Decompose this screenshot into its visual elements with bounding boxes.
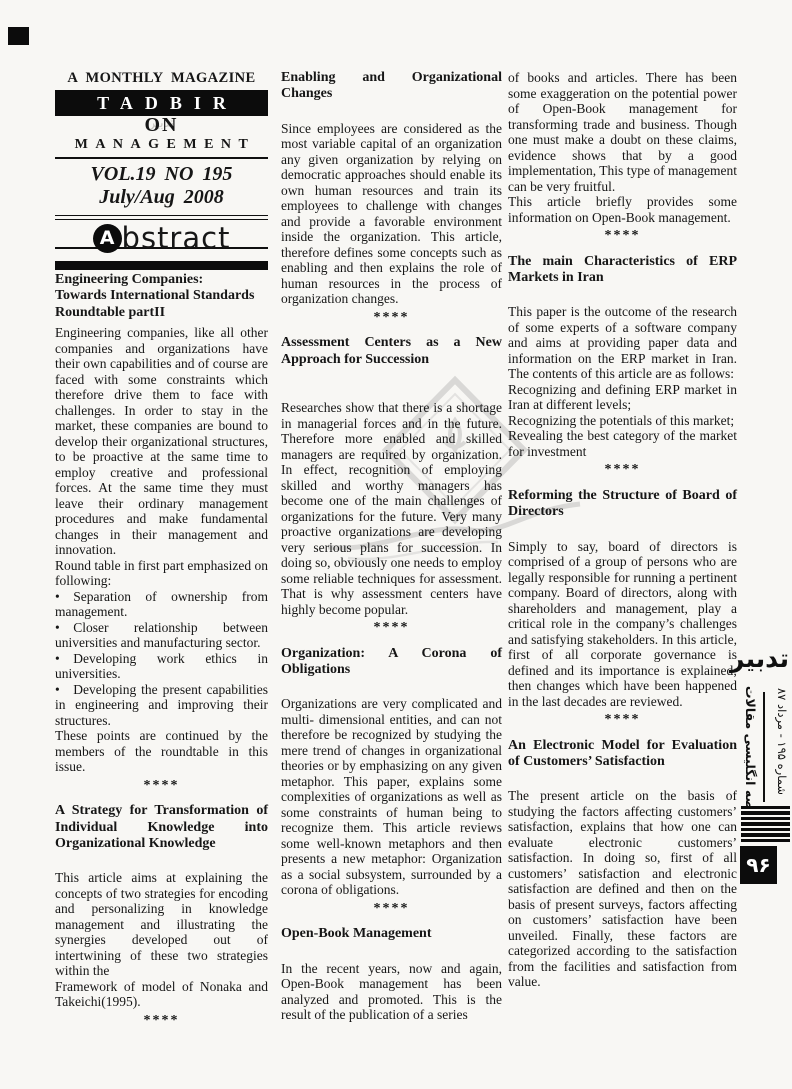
- section-separator: ****: [508, 228, 737, 244]
- page-number-box: ۹۶: [740, 846, 777, 884]
- barcode: [741, 806, 790, 844]
- masthead-black-bar: [55, 261, 268, 270]
- magazine-masthead: A MONTHLY MAGAZINE TADBIR تدبير ON MANAG…: [55, 70, 268, 270]
- issue-date: July/Aug 2008: [55, 186, 268, 209]
- tadbir-farsi-logo: تدبير: [730, 644, 789, 673]
- issue-number-vertical-text: شماره ۱۹۵ - مرداد ۸۷: [775, 688, 789, 795]
- article-heading: Engineering Companies: Towards Internati…: [55, 272, 268, 321]
- registration-mark: [8, 27, 29, 45]
- masthead-subtitle: MANAGEMENT: [55, 137, 268, 153]
- abstract-rule-top: [55, 215, 268, 216]
- magazine-title: TADBIR: [55, 90, 268, 116]
- volume-number: VOL.19 NO 195: [55, 163, 268, 186]
- article-paragraph: Framework of model of Nonaka and Takeich…: [55, 979, 268, 1010]
- spacer: [281, 947, 502, 961]
- abstract-rule-top2: [55, 219, 268, 220]
- article-paragraph: Since employees are considered as the mo…: [281, 121, 502, 307]
- article-paragraph: Recognizing the potentials of this marke…: [508, 413, 737, 429]
- article-paragraph: Revealing the best category of the marke…: [508, 428, 737, 459]
- spacer: [281, 372, 502, 400]
- bullet-item: • Developing work ethics in universities…: [55, 651, 268, 682]
- abstracts-column-left: Engineering Companies: Towards Internati…: [55, 272, 268, 1030]
- masthead-on-word: ON: [145, 114, 179, 136]
- article-paragraph: This paper is the outcome of the researc…: [508, 304, 737, 382]
- section-separator: ****: [508, 712, 737, 728]
- article-heading: Reforming the Structure of Board of Dire…: [508, 488, 737, 521]
- abstracts-column-right: of books and articles. There has been so…: [508, 70, 737, 990]
- article-heading: Open-Book Management: [281, 926, 502, 942]
- article-paragraph: These points are continued by the member…: [55, 728, 268, 775]
- article-heading: The main Characteristics of ERP Markets …: [508, 254, 737, 287]
- article-paragraph: This article briefly provides some infor…: [508, 194, 737, 225]
- spacer: [281, 107, 502, 121]
- article-paragraph: Organizations are very complicated and m…: [281, 696, 502, 898]
- abstracts-column-middle: Enabling and Organizational ChangesSince…: [281, 70, 502, 1023]
- masthead-tagline: A MONTHLY MAGAZINE: [55, 70, 268, 87]
- spacer: [508, 525, 737, 539]
- bullet-item: • Separation of ownership from managemen…: [55, 589, 268, 620]
- article-paragraph: Researches show that there is a shortage…: [281, 400, 502, 617]
- article-paragraph: In the recent years, now and again, Open…: [281, 961, 502, 1023]
- article-paragraph: Simply to say, board of directors is com…: [508, 539, 737, 710]
- masthead-on-row: تدبير ON: [55, 114, 268, 136]
- article-heading: An Electronic Model for Evaluation of Cu…: [508, 738, 737, 771]
- section-separator: ****: [281, 620, 502, 636]
- abstract-wordmark: bstract: [122, 221, 231, 255]
- sidebar-divider-line: [763, 692, 765, 802]
- bullet-item: • Closer relationship between universiti…: [55, 620, 268, 651]
- article-paragraph: Engineering companies, like all other co…: [55, 325, 268, 558]
- section-separator: ****: [281, 310, 502, 326]
- spacer: [281, 682, 502, 696]
- article-heading: Organization: A Corona of Obligations: [281, 646, 502, 679]
- article-paragraph: Recognizing and defining ERP market in I…: [508, 382, 737, 413]
- article-heading: A Strategy for Transformation of Individ…: [55, 803, 268, 852]
- article-heading: Assessment Centers as a New Approach for…: [281, 335, 502, 368]
- section-separator: ****: [55, 778, 268, 794]
- article-paragraph: of books and articles. There has been so…: [508, 70, 737, 194]
- masthead-rule: [55, 157, 268, 159]
- section-separator: ****: [281, 901, 502, 917]
- article-paragraph: The present article on the basis of stud…: [508, 788, 737, 990]
- abstract-circle-a: A: [93, 224, 122, 253]
- spacer: [508, 774, 737, 788]
- bullet-item: • Developing the present capabilities in…: [55, 682, 268, 729]
- spacer: [508, 290, 737, 304]
- abstract-logo: Abstract: [55, 221, 268, 257]
- article-paragraph: This article aims at explaining the conc…: [55, 870, 268, 979]
- section-separator: ****: [508, 462, 737, 478]
- spacer: [55, 856, 268, 870]
- section-separator: ****: [55, 1013, 268, 1029]
- article-heading: Enabling and Organizational Changes: [281, 70, 502, 103]
- article-paragraph: Round table in first part emphasized on …: [55, 558, 268, 589]
